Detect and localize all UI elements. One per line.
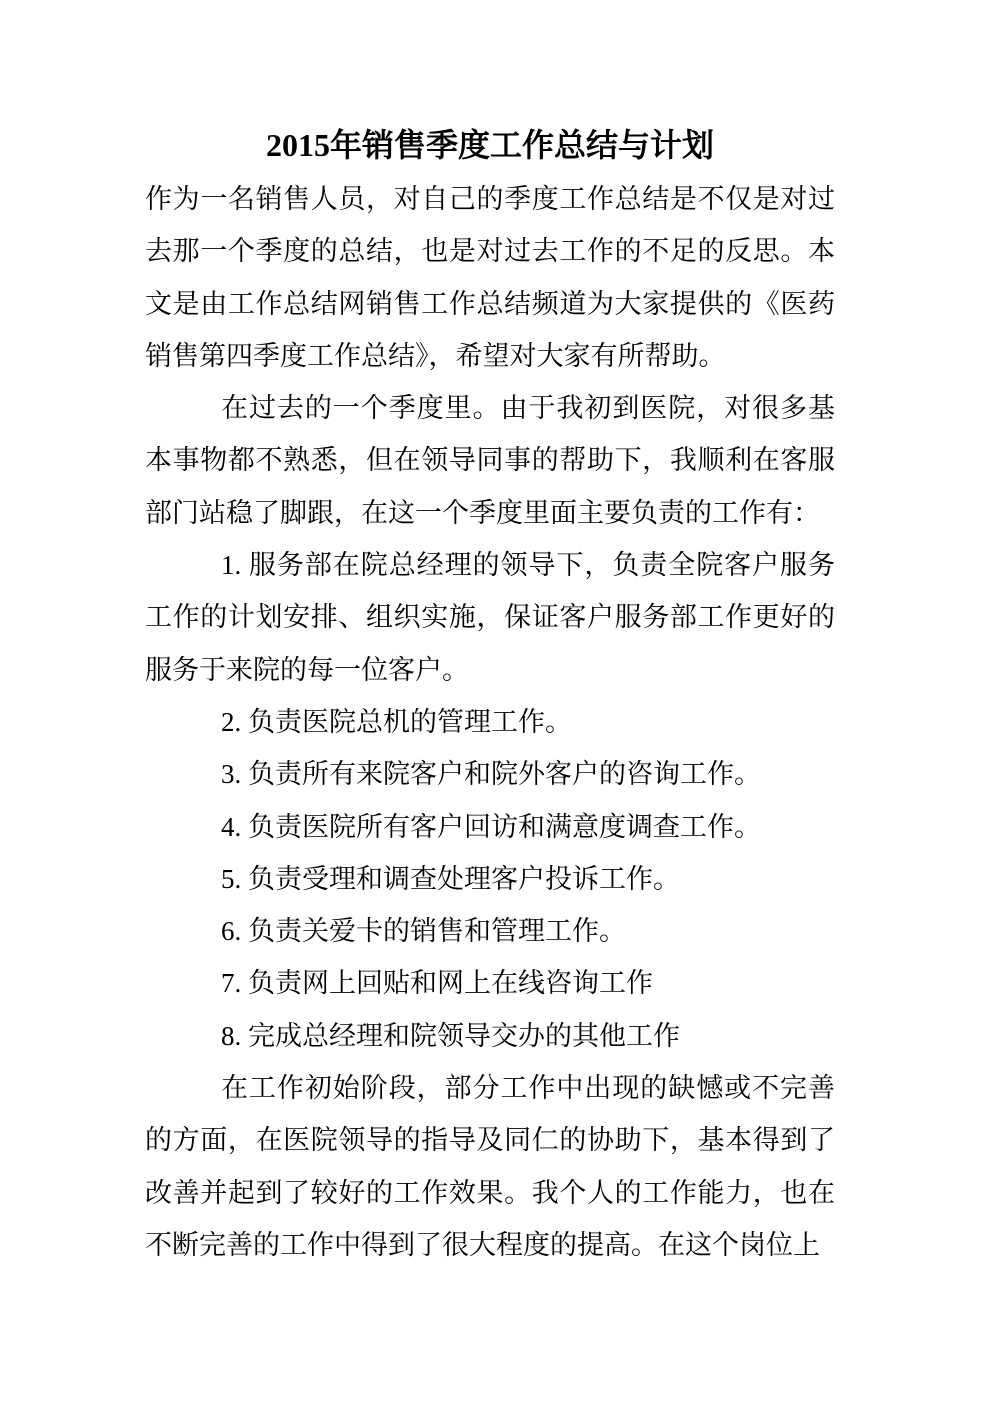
paragraph-list: 作为一名销售人员，对自己的季度工作总结是不仅是对过去那一个季度的总结，也是对过去… xyxy=(145,173,835,1271)
document-content: 2015年销售季度工作总结与计划 作为一名销售人员，对自己的季度工作总结是不仅是… xyxy=(145,118,835,1271)
paragraph: 3. 负责所有来院客户和院外客户的咨询工作。 xyxy=(145,748,835,800)
paragraph: 5. 负责受理和调查处理客户投诉工作。 xyxy=(145,853,835,905)
paragraph: 作为一名销售人员，对自己的季度工作总结是不仅是对过去那一个季度的总结，也是对过去… xyxy=(145,173,835,382)
paragraph: 1. 服务部在院总经理的领导下，负责全院客户服务工作的计划安排、组织实施，保证客… xyxy=(145,539,835,696)
paragraph: 2. 负责医院总机的管理工作。 xyxy=(145,696,835,748)
paragraph: 4. 负责医院所有客户回访和满意度调查工作。 xyxy=(145,801,835,853)
document-title: 2015年销售季度工作总结与计划 xyxy=(145,118,835,173)
paragraph: 在工作初始阶段，部分工作中出现的缺憾或不完善的方面，在医院领导的指导及同仁的协助… xyxy=(145,1062,835,1271)
paragraph: 8. 完成总经理和院领导交办的其他工作 xyxy=(145,1010,835,1062)
paragraph: 7. 负责网上回贴和网上在线咨询工作 xyxy=(145,957,835,1009)
paragraph: 6. 负责关爱卡的销售和管理工作。 xyxy=(145,905,835,957)
paragraph: 在过去的一个季度里。由于我初到医院，对很多基本事物都不熟悉，但在领导同事的帮助下… xyxy=(145,382,835,539)
document-page: 2015年销售季度工作总结与计划 作为一名销售人员，对自己的季度工作总结是不仅是… xyxy=(0,0,993,1404)
